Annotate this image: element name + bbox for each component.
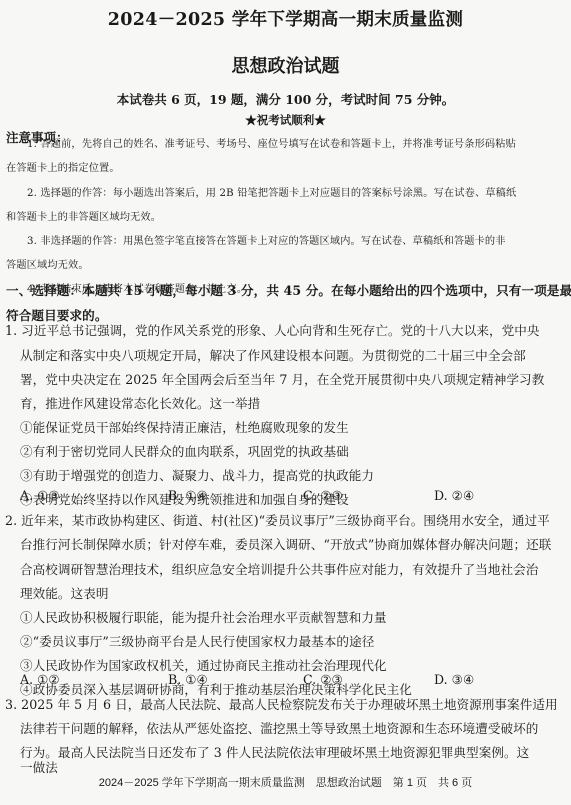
question-stem-line: 署，党中央决定在 2025 年全国两会后至当年 7 月，在全党开展贯彻中央八项规… [20,369,544,388]
page-footer: 2024－2025 学年下学期高一期末质量监测 思想政治试题 第 1 页 共 6… [0,774,571,790]
statement: ①人民政协积极履行职能，能为提升社会治理水平贡献智慧和力量 [20,607,387,626]
question-stem-line: 理效能。这表明 [20,583,109,602]
notice-line: 2. 选择题的作答：每小题选出答案后，用 2B 铅笔把答题卡上对应题目的答案标号… [27,184,516,199]
good-luck-line: ★祝考试顺利★ [0,112,571,128]
notice-line: 在答题卡上的指定位置。 [6,159,120,174]
statement: ①能保证党员干部始终保持清正廉洁，杜绝腐败现象的发生 [20,417,349,436]
question-stem-line: 2. 近年来，某市政协构建区、街道、村(社区)“委员议事厅”三级协商平台。围绕用… [5,510,550,529]
option-a: A. ①③ [20,488,60,503]
statement: ③有助于增强党的创造力、凝聚力、战斗力，提高党的执政能力 [20,465,374,484]
notice-line: 答题区域均无效。 [6,256,89,271]
question-stem-line: 台推行河长制保障水质；针对停车难，委员深入调研、“开放式”协商加媒体督办解决问题… [20,534,551,553]
question-stem-line: 1. 习近平总书记强调，党的作风关系党的形象、人心向背和生死存亡。党的十八大以来… [5,320,540,339]
exam-info: 本试卷共 6 页，19 题，满分 100 分，考试时间 75 分钟。 [0,90,571,108]
option-a: A. ①② [20,672,60,687]
option-b: B. ①④ [168,488,208,503]
question-stem-line: 法律若干问题的解释，依法从严惩处盗挖、滥挖黑土等导致黑土地资源和生态环境遭受破坏… [20,718,538,737]
exam-title: 2024－2025 学年下学期高一期末质量监测 [0,6,571,31]
statement: ②有利于密切党同人民群众的血肉联系，巩固党的执政基础 [20,441,349,460]
section-heading: 一、选择题：本题共 15 小题，每小题 3 分，共 45 分。在每小题给出的四个… [6,280,571,299]
notice-line: 和答题卡上的非答题区域均无效。 [6,208,161,223]
option-d: D. ③④ [434,672,474,687]
question-stem-line: 行为。最高人民法院当日还发布了 3 件人民法院依法审理破坏黑土地资源犯罪典型案例… [20,742,529,761]
question-stem-line: 3. 2025 年 5 月 6 日，最高人民法院、最高人民检察院发布关于办理破坏… [5,694,558,713]
notice-line: 1. 答题前，先将自己的姓名、准考证号、考场号、座位号填写在试卷和答题卡上，并将… [27,135,516,150]
question-stem-line: 育，推进作风建设常态化长效化。这一举措 [20,393,260,412]
statement: ②“委员议事厅”三级协商平台是人民行使国家权力最基本的途径 [20,631,374,650]
notice-line: 3. 非选择题的作答：用黑色签字笔直接答在答题卡上对应的答题区域内。写在试卷、草… [27,232,506,247]
option-d: D. ②④ [434,488,474,503]
question-stem-line: 从制定和落实中央八项规定开局，解决了作风建设根本问题。为贯彻党的二十届三中全会部 [20,345,526,364]
question-stem-line: 合高校调研智慧治理技术，组织应急安全培训提升公共事件应对能力，有效提升了当地社会… [20,559,538,578]
option-c: C. ②③ [303,488,343,503]
subject-title: 思想政治试题 [0,52,571,78]
option-c: C. ②③ [303,672,343,687]
option-b: B. ①④ [168,672,208,687]
